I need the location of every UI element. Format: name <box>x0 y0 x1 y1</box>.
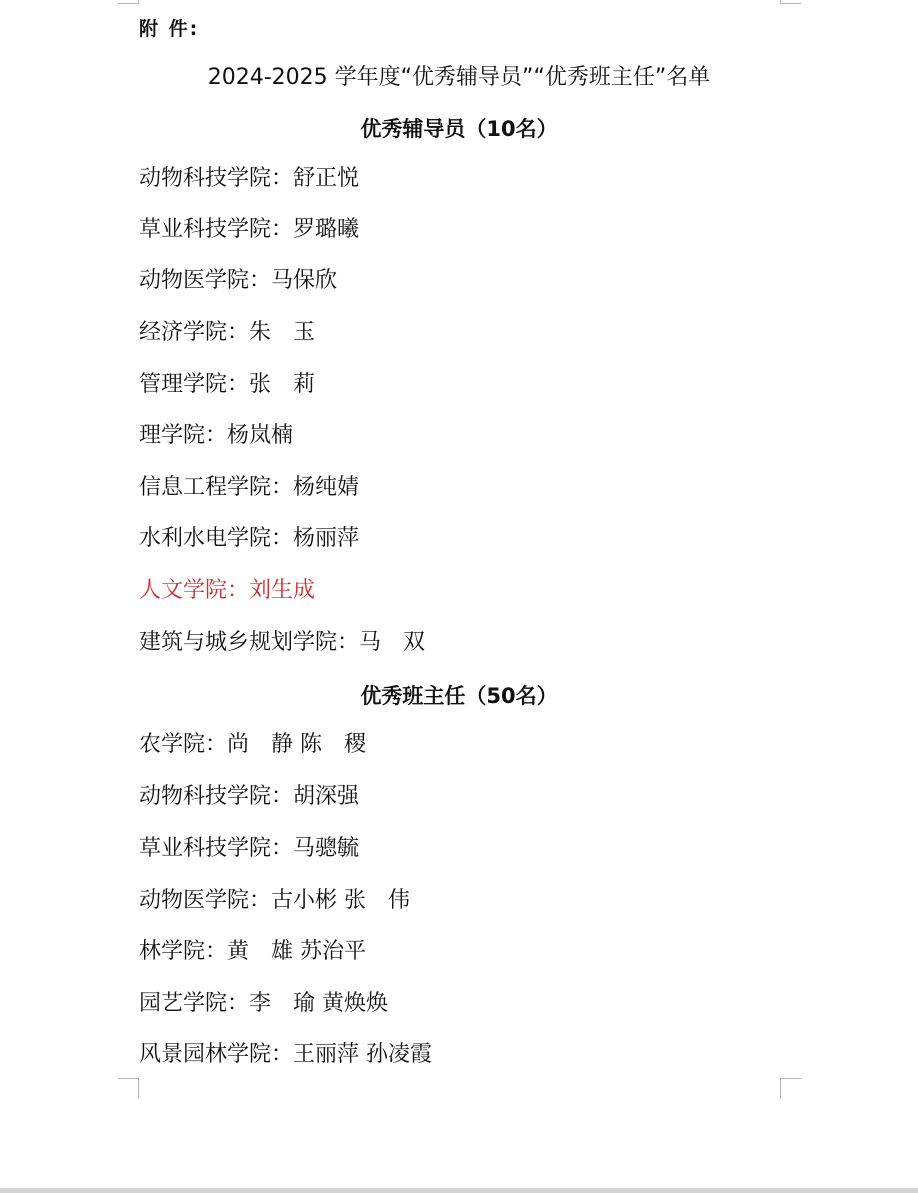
list-item: 林学院：黄 雄 苏治平 <box>139 937 366 967</box>
section-heading-class-advisors: 优秀班主任（50名） <box>0 680 918 710</box>
list-item: 园艺学院：李 瑜 黄焕焕 <box>139 989 388 1019</box>
list-item: 动物科技学院：胡深强 <box>139 782 359 812</box>
list-item: 信息工程学院：杨纯婧 <box>139 473 359 503</box>
list-item: 水利水电学院：杨丽萍 <box>139 524 359 554</box>
list-item-highlighted: 人文学院：刘生成 <box>139 576 315 606</box>
document-title: 2024-2025 学年度“优秀辅导员”“优秀班主任”名单 <box>0 60 918 91</box>
page-corner-mark-bottom-right <box>780 1078 801 1099</box>
list-item: 建筑与城乡规划学院：马 双 <box>139 628 425 658</box>
list-item: 管理学院：张 莉 <box>139 370 315 400</box>
page-corner-mark-top-right <box>780 0 801 4</box>
list-item: 动物医学院：马保欣 <box>139 266 337 296</box>
list-item: 动物科技学院：舒正悦 <box>139 164 359 194</box>
page-separator-bar <box>0 1188 918 1193</box>
list-item: 草业科技学院：罗璐曦 <box>139 215 359 245</box>
list-item: 农学院：尚 静 陈 稷 <box>139 730 366 760</box>
page-corner-mark-top-left <box>118 0 139 4</box>
page-corner-mark-bottom-left <box>118 1078 139 1099</box>
list-item: 草业科技学院：马骢毓 <box>139 834 359 864</box>
list-item: 理学院：杨岚楠 <box>139 421 293 451</box>
list-item: 动物医学院：古小彬 张 伟 <box>139 886 410 916</box>
list-item: 风景园林学院：王丽萍 孙凌霞 <box>139 1040 432 1070</box>
document-title-text: 2024-2025 学年度“优秀辅导员”“优秀班主任”名单 <box>208 65 711 90</box>
section-heading-counselors: 优秀辅导员（10名） <box>0 113 918 143</box>
attachment-label: 附 件: <box>139 14 199 41</box>
list-item: 经济学院：朱 玉 <box>139 318 315 348</box>
